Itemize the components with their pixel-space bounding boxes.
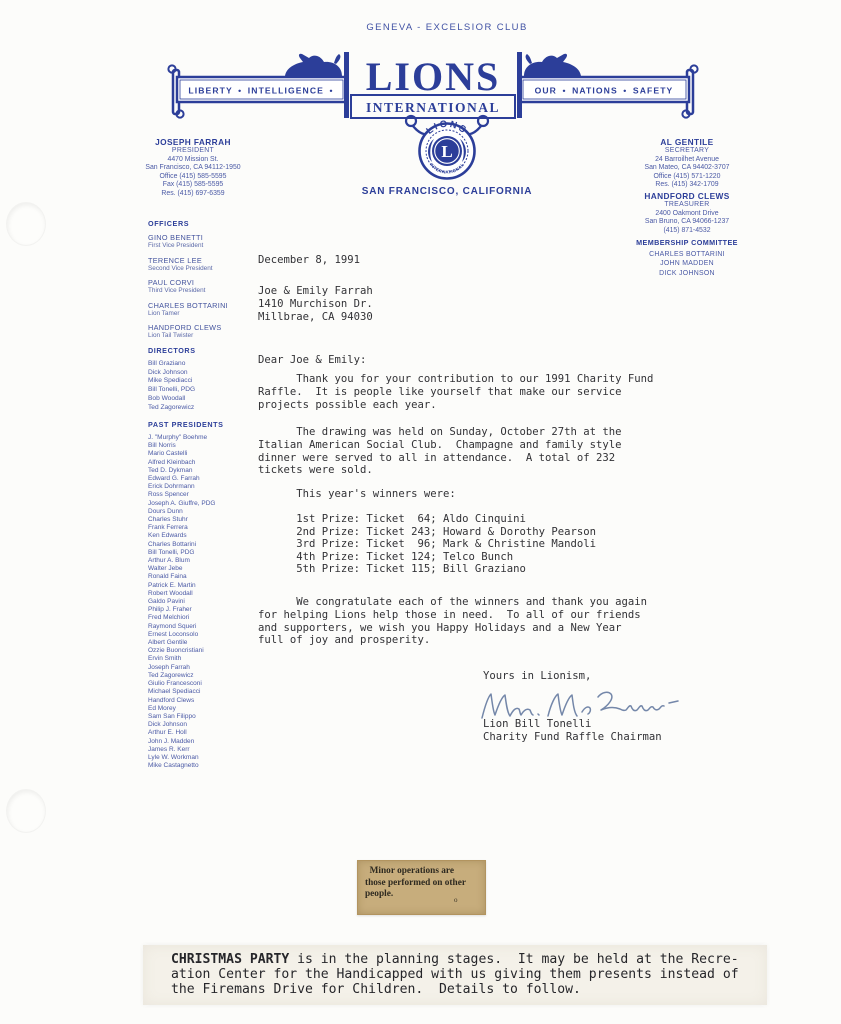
- banner-right-motto: OUR • NATIONS • SAFETY: [535, 86, 674, 96]
- lions-emblem: LIONS L INTERNATIONAL: [400, 106, 494, 198]
- director-name: Bill Tonelli, PDG: [148, 386, 263, 395]
- officer-title: First Vice President: [148, 242, 263, 250]
- bottom-note-strip: CHRISTMAS PARTY is in the planning stage…: [143, 945, 767, 1005]
- past-president-name: Albert Gentile: [148, 639, 263, 647]
- secretary-block: AL GENTILE SECRETARY 24 Barroilhet Avenu…: [608, 137, 766, 190]
- past-president-name: Dick Johnson: [148, 721, 263, 729]
- clipping-mark: o: [454, 896, 458, 904]
- membership-heading: MEMBERSHIP COMMITTEE: [608, 238, 766, 248]
- signer-name: Lion Bill Tonelli: [483, 718, 591, 730]
- officer-name: GINO BENETTI: [148, 233, 263, 242]
- banner-left-motto: LIBERTY • INTELLIGENCE •: [188, 86, 333, 96]
- address-line: (415) 871-4532: [608, 227, 766, 236]
- letter-paragraph-3: We congratulate each of the winners and …: [258, 596, 647, 647]
- director-name: Bob Woodall: [148, 395, 263, 404]
- winners-intro: This year's winners were:: [258, 488, 456, 501]
- past-president-name: Ronald Faina: [148, 573, 263, 581]
- past-president-name: Ken Edwards: [148, 532, 263, 540]
- officer-item: HANDFORD CLEWS Lion Tail Twister: [148, 323, 263, 340]
- past-president-name: Charles Stuhr: [148, 516, 263, 524]
- winners-list: 1st Prize: Ticket 64; Aldo Cinquini 2nd …: [258, 513, 596, 576]
- past-president-name: Arthur E. Holl: [148, 729, 263, 737]
- past-presidents-list: J. "Murphy" BoehmeBill NorrisMario Caste…: [148, 434, 263, 770]
- officer-title: Second Vice President: [148, 265, 263, 273]
- past-president-name: James R. Kerr: [148, 746, 263, 754]
- emblem-letter: L: [441, 142, 452, 161]
- past-president-name: Frank Ferrera: [148, 524, 263, 532]
- past-president-name: Mario Castelli: [148, 450, 263, 458]
- officer-item: TERENCE LEE Second Vice President: [148, 256, 263, 273]
- emblem-left-scroll-icon: [406, 116, 416, 126]
- directors-heading: DIRECTORS: [148, 346, 263, 355]
- past-president-name: Sam San Filippo: [148, 713, 263, 721]
- letter-paragraph-2: The drawing was held on Sunday, October …: [258, 426, 622, 477]
- officer-title: Lion Tail Twister: [148, 332, 263, 340]
- past-president-name: Ed Morey: [148, 705, 263, 713]
- treasurer-title: TREASURER: [608, 201, 766, 210]
- address-line: 24 Barroilhet Avenue: [608, 156, 766, 165]
- past-president-name: Lyle W. Workman: [148, 754, 263, 762]
- director-name: Dick Johnson: [148, 369, 263, 378]
- past-president-name: Galdo Pavini: [148, 598, 263, 606]
- officer-item: CHARLES BOTTARINI Lion Tamer: [148, 301, 263, 318]
- past-president-name: J. "Murphy" Boehme: [148, 434, 263, 442]
- past-president-name: Walter Jebe: [148, 565, 263, 573]
- treasurer-block: HANDFORD CLEWS TREASURER 2400 Oakmont Dr…: [608, 191, 766, 235]
- past-president-name: Charles Bottarini: [148, 541, 263, 549]
- past-president-name: Ted D. Dykman: [148, 467, 263, 475]
- officer-name: CHARLES BOTTARINI: [148, 301, 263, 310]
- president-address: 4470 Mission St.San Francisco, CA 94112-…: [115, 156, 271, 199]
- secretary-address: 24 Barroilhet AvenueSan Mateo, CA 94402-…: [608, 156, 766, 190]
- president-title: PRESIDENT: [115, 147, 271, 156]
- past-president-name: Mike Castagnetto: [148, 762, 263, 770]
- past-president-name: Patrick E. Martin: [148, 582, 263, 590]
- member-name: DICK JOHNSON: [608, 269, 766, 278]
- past-presidents-section: PAST PRESIDENTS J. "Murphy" BoehmeBill N…: [148, 420, 263, 770]
- officer-item: PAUL CORVI Third Vice President: [148, 278, 263, 295]
- membership-committee: MEMBERSHIP COMMITTEE CHARLES BOTTARINIJO…: [608, 238, 766, 278]
- officer-item: GINO BENETTI First Vice President: [148, 233, 263, 250]
- banner-left-lion-icon: [285, 54, 342, 76]
- member-name: CHARLES BOTTARINI: [608, 250, 766, 259]
- directors-list: Bill GrazianoDick JohnsonMike SpediacciB…: [148, 360, 263, 412]
- secretary-name: AL GENTILE: [608, 137, 766, 147]
- past-president-name: Handford Clews: [148, 697, 263, 705]
- officers-heading: OFFICERS: [148, 219, 263, 228]
- past-president-name: Michael Spediacci: [148, 688, 263, 696]
- address-line: 4470 Mission St.: [115, 156, 271, 165]
- address-line: 2400 Oakmont Drive: [608, 210, 766, 219]
- address-line: Office (415) 571-1220: [608, 173, 766, 182]
- past-president-name: Ted Zagorewicz: [148, 672, 263, 680]
- past-president-name: Ross Spencer: [148, 491, 263, 499]
- past-president-name: Philip J. Fraher: [148, 606, 263, 614]
- past-president-name: Edward G. Farrah: [148, 475, 263, 483]
- past-president-name: Dours Dunn: [148, 508, 263, 516]
- address-line: San Bruno, CA 94066-1237: [608, 218, 766, 227]
- bottom-note-lead: CHRISTMAS PARTY: [171, 952, 289, 967]
- past-president-name: Fred Melchiori: [148, 614, 263, 622]
- news-clipping: Minor operations are those performed on …: [357, 860, 486, 915]
- signer-block: Lion Bill Tonelli Charity Fund Raffle Ch…: [483, 718, 662, 744]
- signature-stroke: [482, 692, 678, 718]
- past-president-name: John J. Madden: [148, 738, 263, 746]
- president-block: JOSEPH FARRAH PRESIDENT 4470 Mission St.…: [115, 137, 271, 199]
- past-president-name: Ernest Loconsolo: [148, 631, 263, 639]
- address-line: Office (415) 585-5595: [115, 173, 271, 182]
- banner-right-lion-icon: [524, 54, 581, 76]
- city-line: SAN FRANCISCO, CALIFORNIA: [297, 186, 597, 197]
- bottom-note-text: CHRISTMAS PARTY is in the planning stage…: [171, 952, 739, 997]
- membership-members: CHARLES BOTTARINIJOHN MADDENDICK JOHNSON: [608, 250, 766, 278]
- past-president-name: Joseph A. Giuffre, PDG: [148, 500, 263, 508]
- directors-section: DIRECTORS Bill GrazianoDick JohnsonMike …: [148, 346, 263, 412]
- scanned-letter-page: GENEVA - EXCELSIOR CLUB: [0, 0, 841, 1024]
- lions-wordmark: LIONS: [366, 54, 501, 99]
- treasurer-address: 2400 Oakmont DriveSan Bruno, CA 94066-12…: [608, 210, 766, 236]
- recipient-address: Joe & Emily Farrah 1410 Murchison Dr. Mi…: [258, 285, 373, 324]
- club-name: GENEVA - EXCELSIOR CLUB: [297, 22, 597, 33]
- secretary-title: SECRETARY: [608, 147, 766, 156]
- past-president-name: Bill Tonelli, PDG: [148, 549, 263, 557]
- address-line: San Francisco, CA 94112-1950: [115, 164, 271, 173]
- past-president-name: Robert Woodall: [148, 590, 263, 598]
- closing-line: Yours in Lionism,: [483, 670, 591, 683]
- past-president-name: Bill Norris: [148, 442, 263, 450]
- past-president-name: Arthur A. Blum: [148, 557, 263, 565]
- director-name: Bill Graziano: [148, 360, 263, 369]
- address-line: Fax (415) 585-5595: [115, 181, 271, 190]
- officer-name: TERENCE LEE: [148, 256, 263, 265]
- salutation: Dear Joe & Emily:: [258, 354, 366, 367]
- past-presidents-heading: PAST PRESIDENTS: [148, 420, 263, 429]
- officers-list: GINO BENETTI First Vice President TERENC…: [148, 233, 263, 340]
- member-name: JOHN MADDEN: [608, 259, 766, 268]
- clipping-text: Minor operations are those performed on …: [365, 866, 485, 901]
- officer-name: PAUL CORVI: [148, 278, 263, 287]
- signer-title: Charity Fund Raffle Chairman: [483, 731, 662, 743]
- officers-section: OFFICERS GINO BENETTI First Vice Preside…: [148, 219, 263, 346]
- past-president-name: Ozzie Buoncristiani: [148, 647, 263, 655]
- officer-name: HANDFORD CLEWS: [148, 323, 263, 332]
- hole-punch-top: [7, 203, 45, 245]
- treasurer-name: HANDFORD CLEWS: [608, 191, 766, 201]
- letter-date: December 8, 1991: [258, 254, 360, 267]
- address-line: San Mateo, CA 94402-3707: [608, 164, 766, 173]
- director-name: Mike Spediacci: [148, 377, 263, 386]
- past-president-name: Raymond Squeri: [148, 623, 263, 631]
- emblem-right-scroll-icon: [478, 116, 488, 126]
- officer-title: Lion Tamer: [148, 310, 263, 318]
- past-president-name: Ervin Smith: [148, 655, 263, 663]
- president-name: JOSEPH FARRAH: [115, 137, 271, 147]
- past-president-name: Joseph Farrah: [148, 664, 263, 672]
- address-line: Res. (415) 697-6359: [115, 190, 271, 199]
- past-president-name: Alfred Kleinbach: [148, 459, 263, 467]
- officer-title: Third Vice President: [148, 287, 263, 295]
- director-name: Ted Zagorewicz: [148, 404, 263, 413]
- hole-punch-bottom: [7, 790, 45, 832]
- letter-paragraph-1: Thank you for your contribution to our 1…: [258, 373, 653, 411]
- past-president-name: Erick Dohrmann: [148, 483, 263, 491]
- past-president-name: Giulio Francesconi: [148, 680, 263, 688]
- address-line: Res. (415) 342-1709: [608, 181, 766, 190]
